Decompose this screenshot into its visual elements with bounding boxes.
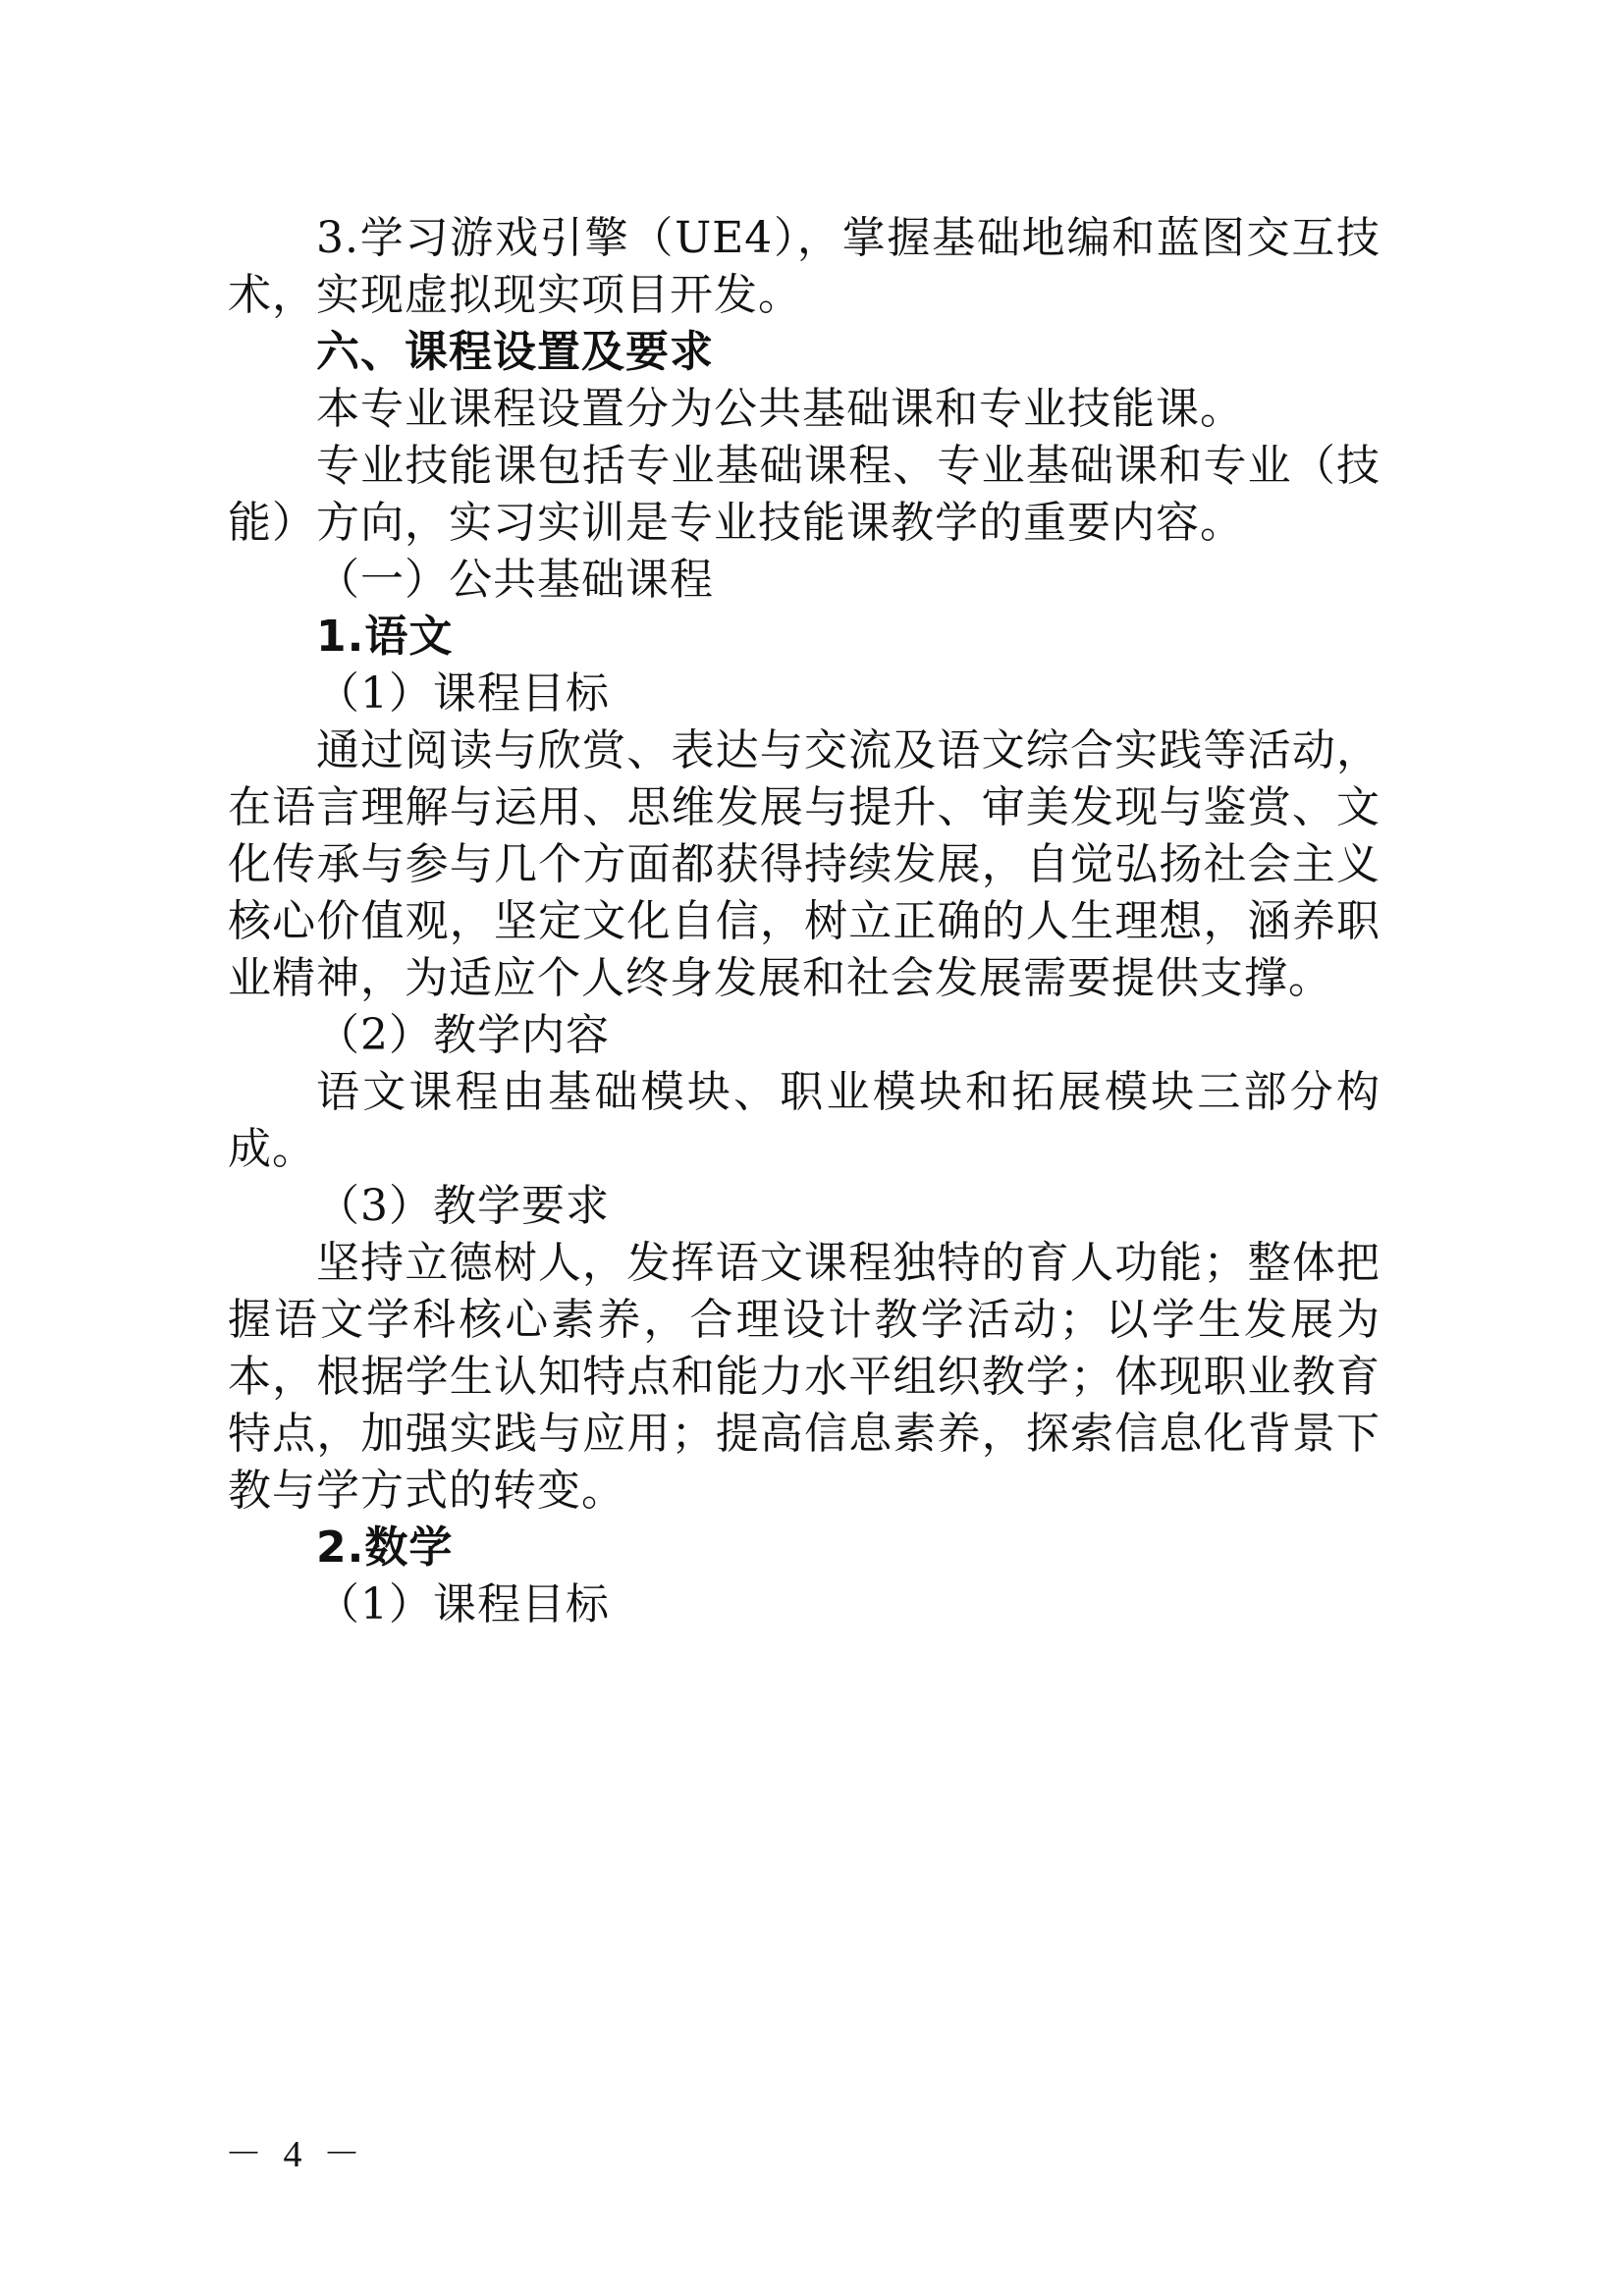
subsection-heading-public-courses: （一）公共基础课程 — [228, 552, 1380, 609]
item-heading-math-goal: （1）课程目标 — [228, 1576, 1380, 1633]
item-heading-teaching-content: （2）教学内容 — [228, 1007, 1380, 1064]
paragraph-chinese-goal: 通过阅读与欣赏、表达与交流及语文综合实践等活动，在语言理解与运用、思维发展与提升… — [228, 722, 1380, 1007]
course-heading-math: 2.数学 — [228, 1520, 1380, 1576]
document-page: 3.学习游戏引擎（UE4），掌握基础地编和蓝图交互技术，实现虚拟现实项目开发。 … — [228, 210, 1380, 1633]
page-number: － 4 － — [225, 2123, 366, 2177]
paragraph-skill-courses: 专业技能课包括专业基础课程、专业基础课和专业（技能）方向，实习实训是专业技能课教… — [228, 438, 1380, 552]
paragraph-ue4-goal: 3.学习游戏引擎（UE4），掌握基础地编和蓝图交互技术，实现虚拟现实项目开发。 — [228, 210, 1380, 324]
item-heading-course-goal: （1）课程目标 — [228, 666, 1380, 722]
section-heading-course-settings: 六、课程设置及要求 — [228, 324, 1380, 381]
paragraph-chinese-content: 语文课程由基础模块、职业模块和拓展模块三部分构成。 — [228, 1064, 1380, 1178]
course-heading-chinese: 1.语文 — [228, 609, 1380, 666]
paragraph-chinese-requirements: 坚持立德树人，发挥语文课程独特的育人功能；整体把握语文学科核心素养，合理设计教学… — [228, 1235, 1380, 1520]
paragraph-course-division: 本专业课程设置分为公共基础课和专业技能课。 — [228, 381, 1380, 438]
item-heading-teaching-requirements: （3）教学要求 — [228, 1178, 1380, 1235]
